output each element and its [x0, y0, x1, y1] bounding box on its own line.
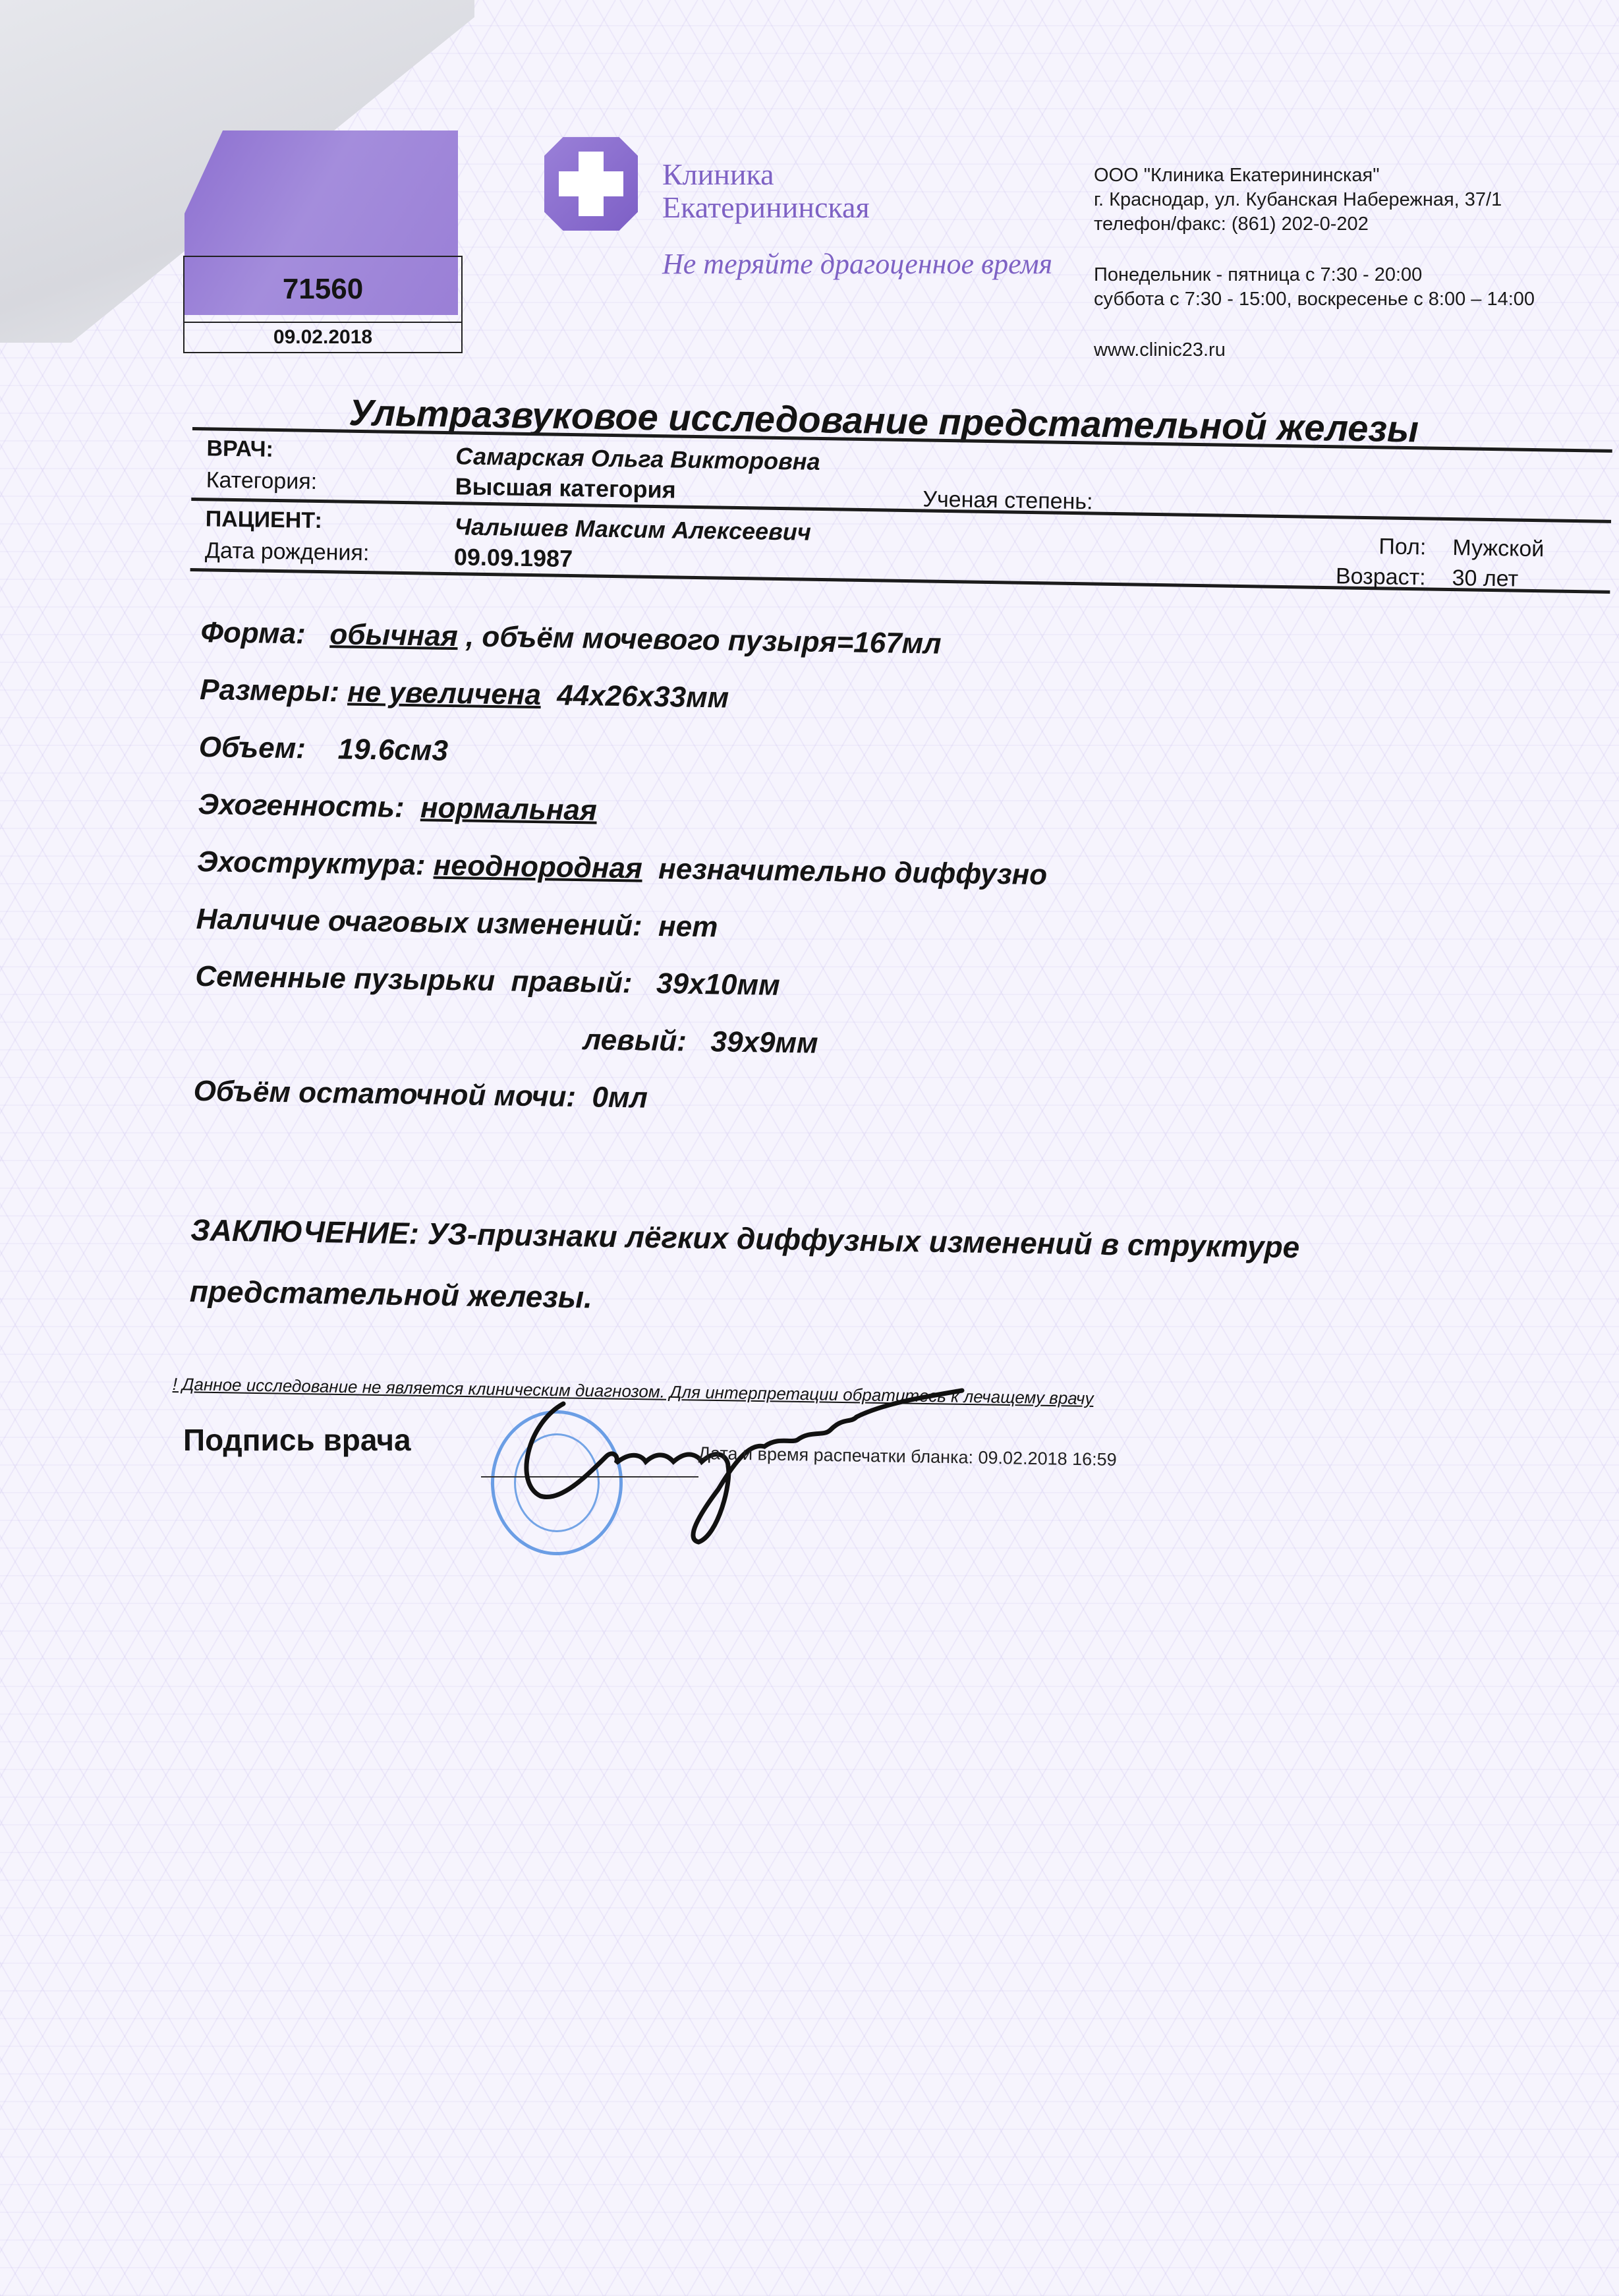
hours-weekend: суббота с 7:30 - 15:00, воскресенье с 8:… — [1094, 287, 1535, 312]
conclusion: ЗАКЛЮЧЕНИЕ: УЗ-признаки лёгких диффузных… — [189, 1199, 1443, 1342]
clinic-cross-logo-icon — [544, 137, 638, 231]
age-label: Возраст: — [1336, 563, 1426, 590]
document-number: 71560 — [185, 257, 461, 323]
signature-icon — [501, 1384, 975, 1568]
patient-dob: 09.09.1987 — [454, 543, 573, 573]
contact-website[interactable]: www.clinic23.ru — [1094, 338, 1535, 362]
dob-label: Дата рождения: — [205, 538, 370, 566]
contact-address: г. Краснодар, ул. Кубанская Набережная, … — [1094, 188, 1535, 212]
header-info: ВРАЧ: Самарская Ольга Викторовна Категор… — [190, 427, 1612, 594]
contact-phone: телефон/факс: (861) 202-0-202 — [1094, 212, 1535, 237]
document-date: 09.02.2018 — [185, 323, 461, 352]
clinic-name: Клиника Екатерининская — [662, 158, 870, 224]
doctor-category: Высшая категория — [455, 473, 676, 503]
findings-section: Форма: обычная , объём мочевого пузыря=1… — [193, 616, 1051, 1145]
signature-label: Подпись врача — [183, 1422, 411, 1458]
document-number-box: 71560 09.02.2018 — [183, 256, 463, 353]
doctor-label: ВРАЧ: — [206, 436, 273, 463]
category-label: Категория: — [206, 467, 317, 495]
hours-weekdays: Понедельник - пятница с 7:30 - 20:00 — [1094, 263, 1535, 287]
patient-age: 30 лет — [1452, 565, 1577, 593]
document-page: Клиника Екатерининская Не теряйте драгоц… — [0, 0, 1619, 2296]
conclusion-label: ЗАКЛЮЧЕНИЕ: — [190, 1213, 419, 1250]
patient-label: ПАЦИЕНТ: — [205, 506, 322, 534]
contact-org: ООО "Клиника Екатерининская" — [1094, 163, 1535, 188]
clinic-contacts: ООО "Клиника Екатерининская" г. Краснода… — [1094, 163, 1535, 362]
clinic-tagline: Не теряйте драгоценное время — [662, 247, 1052, 281]
degree-label: Ученая степень: — [923, 486, 1093, 515]
